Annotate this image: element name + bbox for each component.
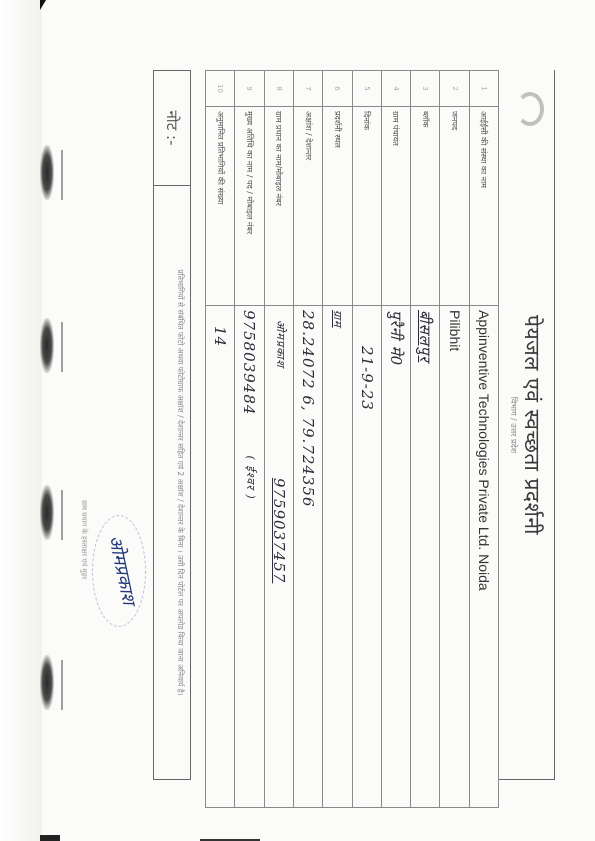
table-row: 9 मुख्य अतिथि का नाम / पद / मोबाइल नंबर …: [235, 71, 264, 808]
binding-line: [61, 660, 63, 710]
pradhan-mobile-value: 9759037457: [270, 478, 288, 583]
binding-line: [61, 150, 63, 200]
binding-mark: [40, 655, 54, 710]
participant-count-value: 14: [206, 306, 235, 808]
row-label: दिनांक: [352, 107, 381, 306]
binding-mark: [40, 145, 54, 200]
table-row: 5 दिनांक 21-9-23: [352, 71, 381, 808]
form-subtitle: विभाग / उत्तर प्रदेश: [508, 70, 519, 780]
form-title: पेयजल एवं स्वच्छता प्रदर्शनी: [518, 70, 546, 780]
row-label: मुख्य अतिथि का नाम / पद / मोबाइल नंबर: [235, 107, 264, 306]
note-box: नोट :- प्रतिभागियों से संबंधित फोटो अथवा…: [153, 70, 191, 780]
table-row: 1 आईईसी की संस्था का नाम Appinventive Te…: [469, 71, 498, 808]
row-number: 1: [469, 71, 498, 107]
row-number: 4: [381, 71, 410, 107]
row-label: प्रदर्शनी स्थल: [323, 107, 352, 306]
table-row: 3 ब्लॉक बीसलपुर: [411, 71, 440, 808]
scan-corner: [40, 0, 46, 10]
row-number: 9: [235, 71, 264, 107]
venue-value: ग्राम: [323, 306, 352, 808]
district-value: Pilibhit: [440, 306, 469, 808]
table-row: 6 प्रदर्शनी स्थल ग्राम: [323, 71, 352, 808]
date-value: 21-9-23: [352, 306, 381, 808]
binding-line: [61, 322, 63, 372]
row-number: 10: [206, 71, 235, 107]
row-number: 3: [411, 71, 440, 107]
row-label: ग्राम पंचायत: [381, 107, 410, 306]
pradhan-value-cell: ओमप्रकाश 9759037457: [264, 306, 293, 808]
table-row: 2 जनपद Pilibhit: [440, 71, 469, 808]
chief-guest-name-value: ( ईश्वर ): [240, 455, 258, 499]
note-text: प्रतिभागियों से संबंधित फोटो अथवा फोटोग्…: [154, 186, 190, 779]
row-label: अनुमानित प्रतिभागियों की संख्या: [206, 107, 235, 306]
table-row: 4 ग्राम पंचायत पुरैनी मे0: [381, 71, 410, 808]
rotated-form-sheet: पेयजल एवं स्वच्छता प्रदर्शनी विभाग / उत्…: [150, 70, 555, 780]
row-number: 8: [264, 71, 293, 107]
form-header: पेयजल एवं स्वच्छता प्रदर्शनी विभाग / उत्…: [499, 70, 555, 780]
chief-guest-mobile-value: 9758039484: [240, 310, 258, 415]
gram-panchayat-value: पुरैनी मे0: [381, 306, 410, 808]
binding-mark: [40, 485, 54, 540]
row-number: 2: [440, 71, 469, 107]
pradhan-name-value: ओमप्रकाश: [270, 310, 288, 368]
signature-area: ओमप्रकाश ग्राम प्रधान के हस्ताक्षर एवं म…: [70, 490, 150, 780]
row-number: 7: [293, 71, 322, 107]
chief-guest-value-cell: 9758039484 ( ईश्वर ): [235, 306, 264, 808]
table-row: 7 अक्षांश / देशान्तर 28.24072 6, 79.7243…: [293, 71, 322, 808]
row-label: ब्लॉक: [411, 107, 440, 306]
binding-mark: [40, 318, 54, 373]
scan-bottom-mark: [40, 835, 60, 841]
table-row: 10 अनुमानित प्रतिभागियों की संख्या 14: [206, 71, 235, 808]
organization-name-value: Appinventive Technologies Private Ltd. N…: [469, 306, 498, 808]
block-value: बीसलपुर: [411, 306, 440, 808]
note-label: नोट :-: [154, 71, 190, 186]
row-label: जनपद: [440, 107, 469, 306]
row-number: 6: [323, 71, 352, 107]
coordinates-value: 28.24072 6, 79.724356: [293, 306, 322, 808]
row-number: 5: [352, 71, 381, 107]
scan-left-edge: [0, 0, 42, 841]
row-label: आईईसी की संस्था का नाम: [469, 107, 498, 306]
binding-line: [61, 490, 63, 540]
signature-caption: ग्राम प्रधान के हस्ताक्षर एवं मुहर: [79, 500, 88, 579]
table-row: 8 ग्राम प्रधान का नाम/मोबाइल नंबर ओमप्रक…: [264, 71, 293, 808]
details-table: 1 आईईसी की संस्था का नाम Appinventive Te…: [205, 70, 499, 808]
row-label: ग्राम प्रधान का नाम/मोबाइल नंबर: [264, 107, 293, 306]
row-label: अक्षांश / देशान्तर: [293, 107, 322, 306]
